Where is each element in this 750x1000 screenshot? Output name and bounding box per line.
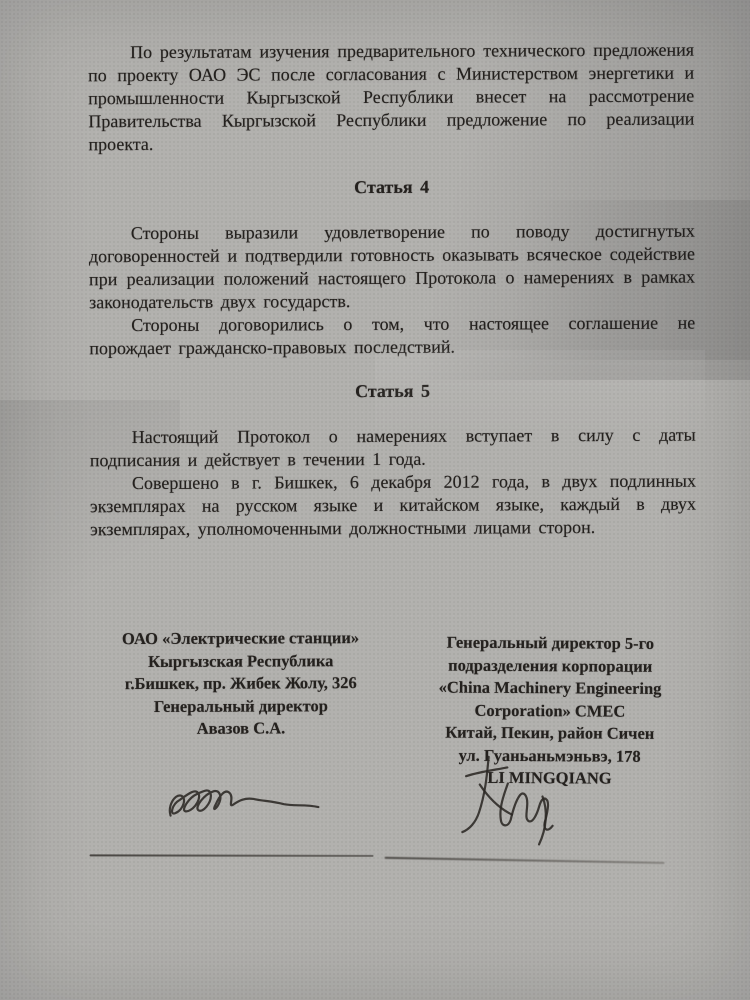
signature-line-left (90, 854, 374, 856)
article-4-paragraph-1: Стороны выразили удовлетворение по повод… (89, 220, 695, 315)
article-4-heading: Статья 4 (89, 175, 695, 201)
article-5-heading: Статья 5 (89, 379, 695, 405)
document-page: По результатам изучения предварительного… (0, 0, 750, 1000)
page-content: По результатам изучения предварительного… (0, 0, 750, 1000)
signatory-right-line: Китай, Пекин, район Сичен (394, 721, 706, 745)
signatory-right-line: подразделения корпорации (394, 654, 706, 678)
signatory-left-line: ОАО «Электрические станции» (101, 627, 381, 651)
signatory-left-block: ОАО «Электрические станции» Кыргызская Р… (101, 627, 381, 741)
signatory-left-line: Генеральный директор (101, 694, 381, 718)
article-5-paragraph-2: Совершено в г. Бишкек, 6 декабря 2012 го… (90, 470, 696, 542)
signature-line-right (385, 857, 665, 864)
signatory-right-line: «China Machinery Engineering (394, 676, 706, 700)
signatory-left-line: Кыргызская Республика (101, 649, 381, 673)
signature-li-mingqiang-handwritten (448, 750, 566, 853)
article-4-paragraph-2: Стороны договорились о том, что настояще… (89, 312, 695, 361)
signatory-right-line: Генеральный директор 5-го (394, 631, 706, 655)
signatory-left-line: Авазов С.А. (101, 717, 381, 741)
article-5-paragraph-1: Настоящий Протокол о намерениях вступает… (90, 424, 696, 473)
signatory-right-line: Corporation» CMEC (394, 699, 706, 723)
document-body: По результатам изучения предварительного… (88, 39, 696, 542)
signature-avazov-handwritten (157, 761, 337, 837)
signatory-left-line: г.Бишкек, пр. Жибек Жолу, 326 (101, 672, 381, 696)
intro-paragraph: По результатам изучения предварительного… (88, 39, 694, 157)
